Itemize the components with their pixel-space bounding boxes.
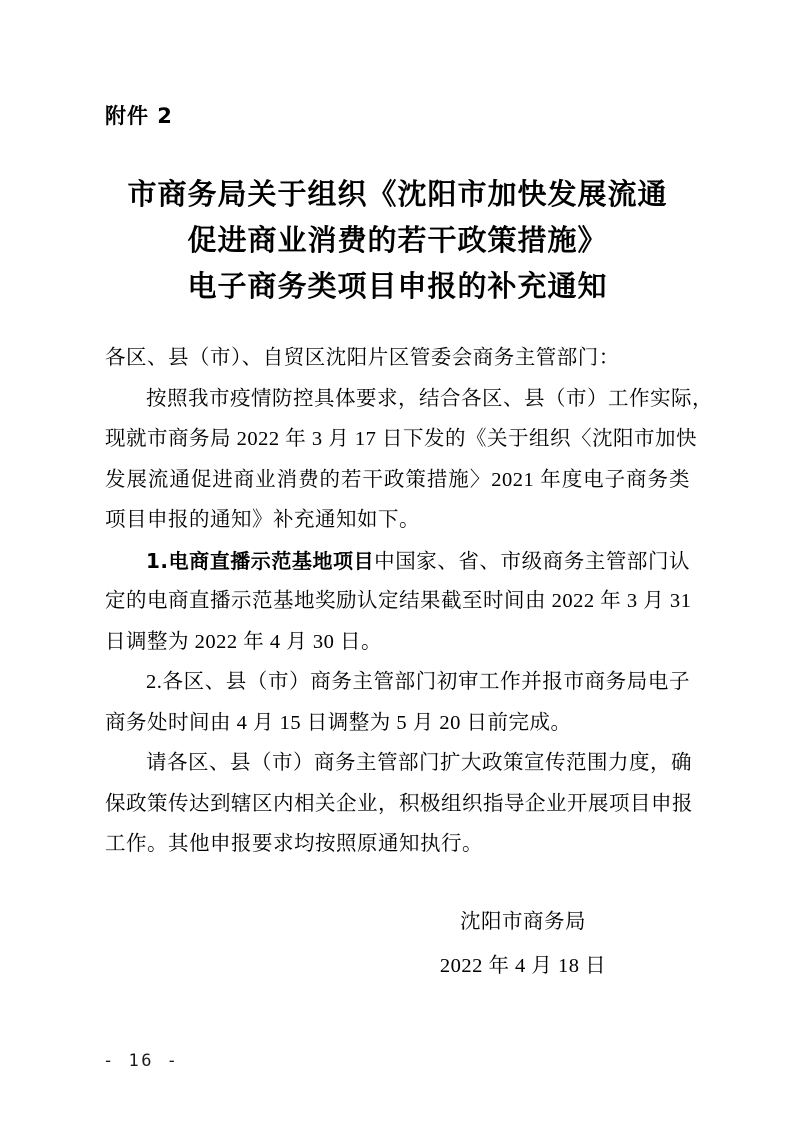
signature-date: 2022 年 4 月 18 日 <box>437 944 609 988</box>
title-line-1: 市商务局关于组织《沈阳市加快发展流通 <box>105 172 690 218</box>
body-line: 工作。其他申报要求均按照原通知执行。 <box>105 824 690 865</box>
salutation-line: 各区、县（市）、自贸区沈阳片区管委会商务主管部门： <box>105 338 690 379</box>
body-line: 2.各区、县（市）商务主管部门初审工作并报市商务局电子 <box>105 662 690 703</box>
body-line: 请各区、县（市）商务主管部门扩大政策宣传范围力度，确 <box>105 743 690 784</box>
body-line-text: 中国家、省、市级商务主管部门认 <box>374 551 690 573</box>
title-line-2: 促进商业消费的若干政策措施》 <box>105 218 690 264</box>
body-line: 保政策传达到辖区内相关企业，积极组织指导企业开展项目申报 <box>105 784 690 825</box>
body-line: 日调整为 2022 年 4 月 30 日。 <box>105 622 690 663</box>
document-title: 市商务局关于组织《沈阳市加快发展流通 促进商业消费的若干政策措施》 电子商务类项… <box>105 172 690 310</box>
signature-block: 沈阳市商务局 2022 年 4 月 18 日 <box>437 900 609 988</box>
body-line-with-bold-lead: 1.电商直播示范基地项目中国家、省、市级商务主管部门认 <box>105 541 690 582</box>
document-page: 附件 2 市商务局关于组织《沈阳市加快发展流通 促进商业消费的若干政策措施》 电… <box>0 0 793 1122</box>
body-line: 按照我市疫情防控具体要求，结合各区、县（市）工作实际， <box>105 379 690 420</box>
body-line: 定的电商直播示范基地奖励认定结果截至时间由 2022 年 3 月 31 <box>105 581 690 622</box>
title-line-3: 电子商务类项目申报的补充通知 <box>105 264 690 310</box>
document-body: 各区、县（市）、自贸区沈阳片区管委会商务主管部门： 按照我市疫情防控具体要求，结… <box>105 338 690 865</box>
signature-org: 沈阳市商务局 <box>437 900 609 944</box>
attachment-label: 附件 2 <box>105 100 173 130</box>
body-line: 发展流通促进商业消费的若干政策措施〉2021 年度电子商务类 <box>105 460 690 501</box>
page-number: - 16 - <box>103 1051 179 1071</box>
body-line: 现就市商务局 2022 年 3 月 17 日下发的《关于组织〈沈阳市加快 <box>105 419 690 460</box>
bold-item-lead: 1.电商直播示范基地项目 <box>146 549 374 573</box>
body-line: 项目申报的通知》补充通知如下。 <box>105 500 690 541</box>
body-line: 商务处时间由 4 月 15 日调整为 5 月 20 日前完成。 <box>105 703 690 744</box>
